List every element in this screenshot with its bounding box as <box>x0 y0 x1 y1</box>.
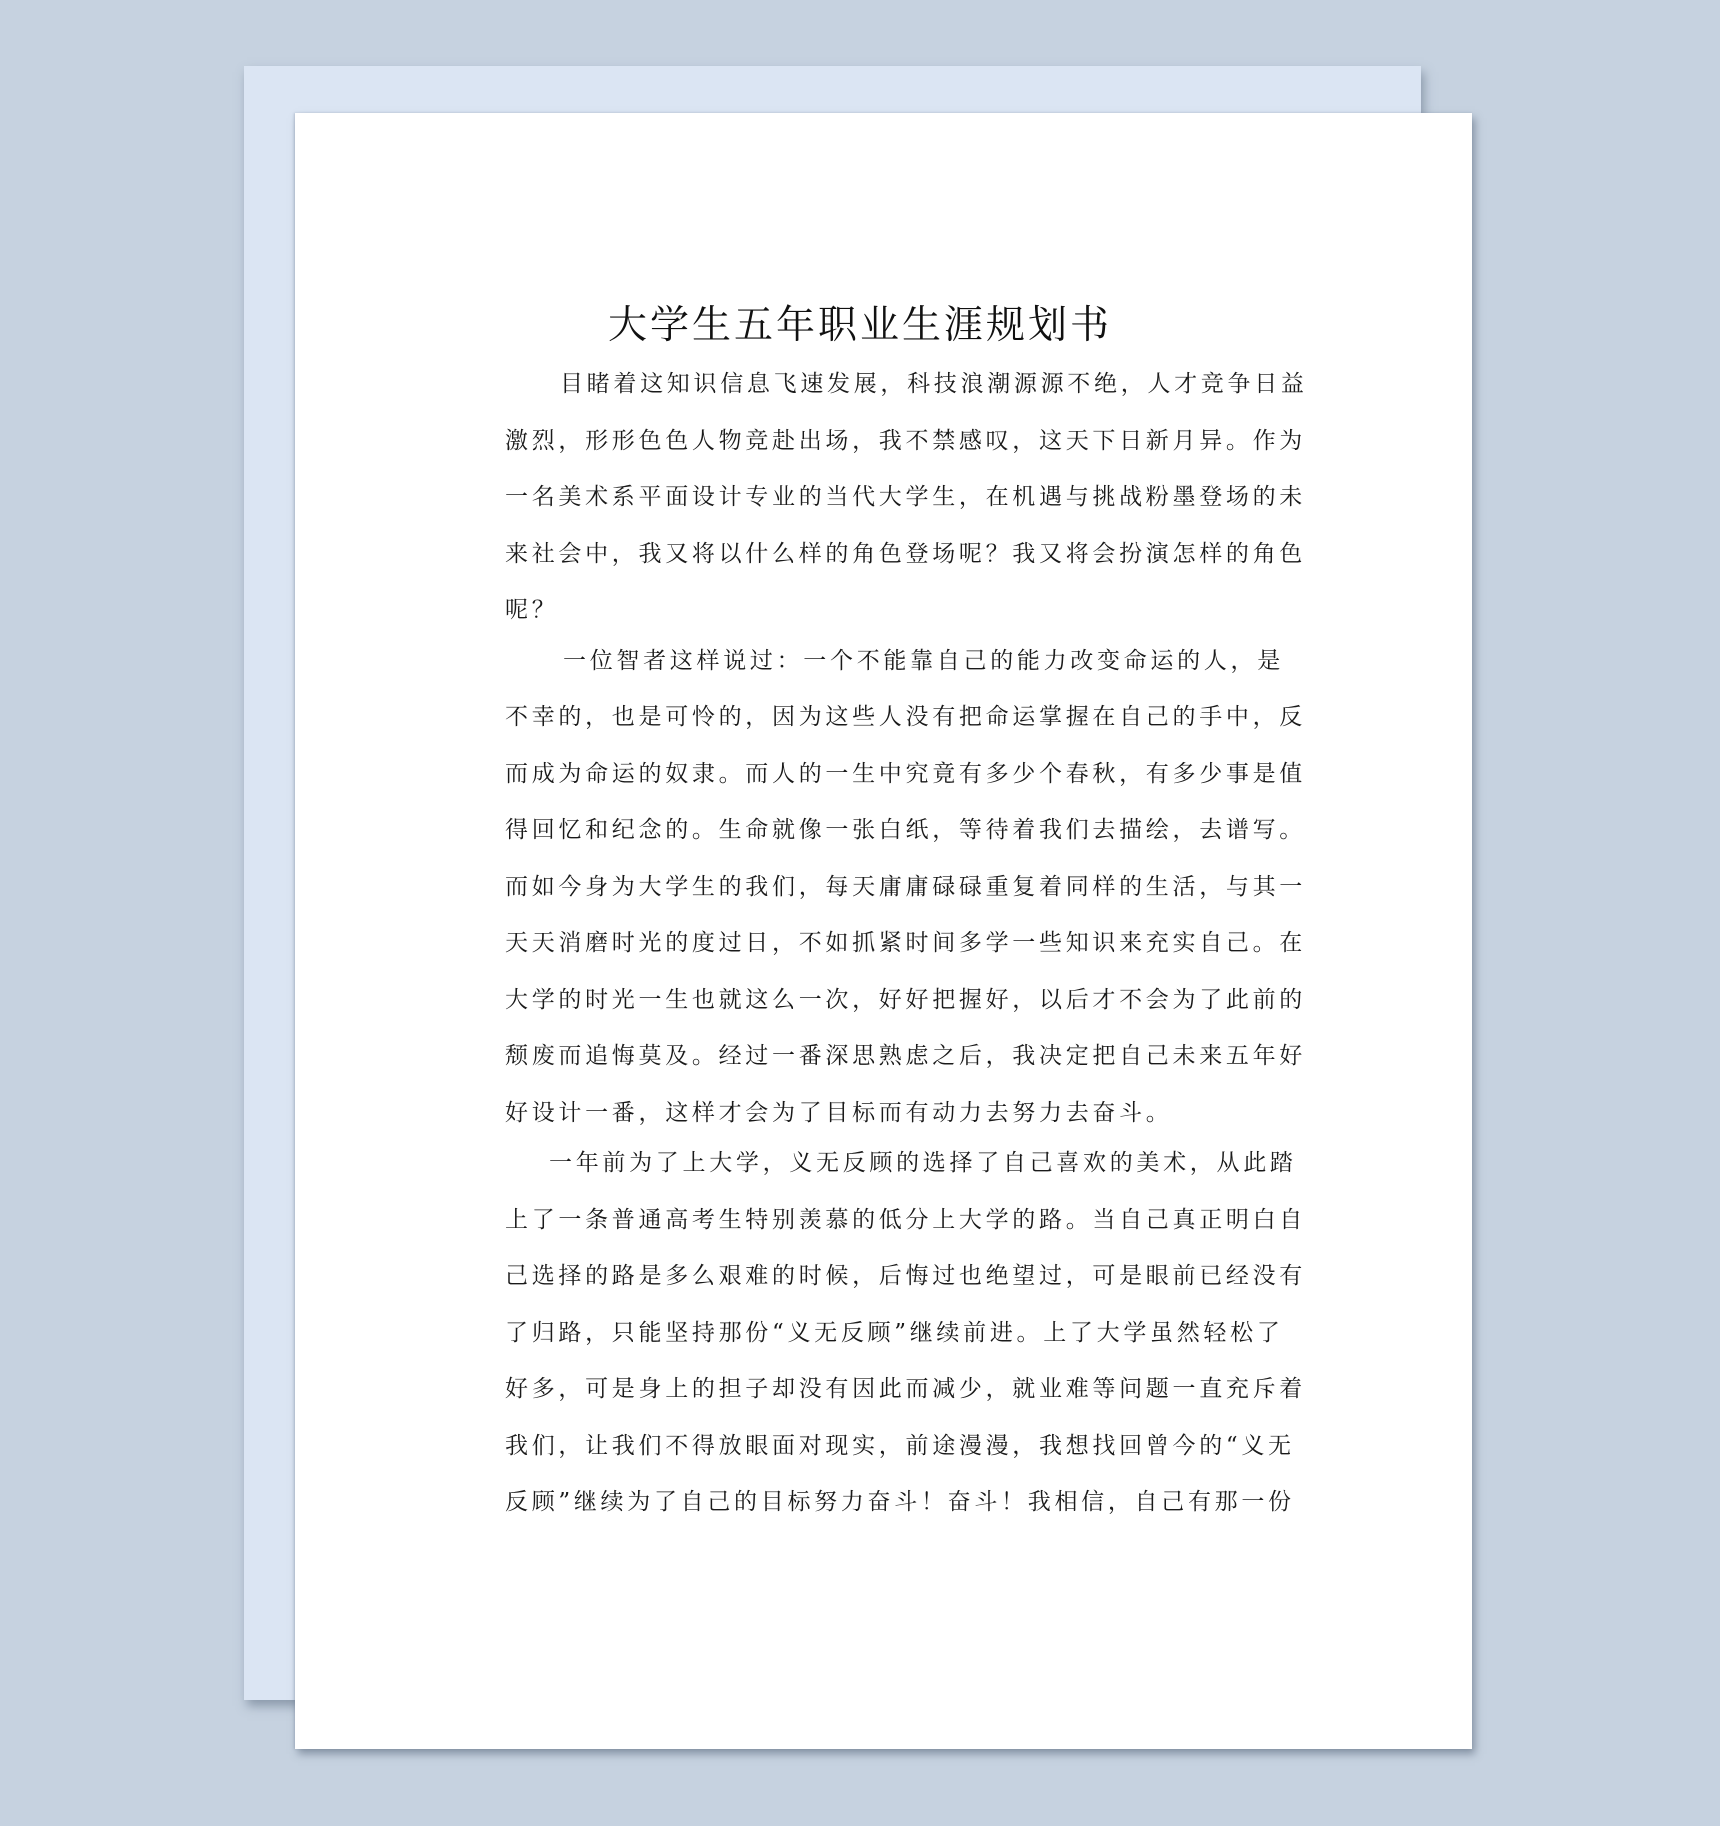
text-line: 我们，让我们不得放眼面对现实，前途漫漫，我想找回曾今的“义无 <box>505 1418 1258 1475</box>
text-line: 而如今身为大学生的我们，每天庸庸碌碌重复着同样的生活，与其一 <box>505 859 1258 916</box>
text-line: 好设计一番，这样才会为了目标而有动力去努力去奋斗。 <box>505 1085 1258 1142</box>
paragraph-2: 一位智者这样说过：一个不能靠自己的能力改变命运的人，是 不幸的，也是可怜的，因为… <box>505 633 1258 1142</box>
text-line: 目睹着这知识信息飞速发展，科技浪潮源源不绝，人才竞争日益 <box>505 356 1258 413</box>
text-line: 颓废而追悔莫及。经过一番深思熟虑之后，我决定把自己未来五年好 <box>505 1028 1258 1085</box>
document-title: 大学生五年职业生涯规划书 <box>0 298 1720 354</box>
paragraph-3: 一年前为了上大学，义无反顾的选择了自己喜欢的美术，从此踏 上了一条普通高考生特别… <box>505 1135 1258 1531</box>
document-body: 目睹着这知识信息飞速发展，科技浪潮源源不绝，人才竞争日益 激烈，形形色色人物竞赴… <box>505 356 1258 1531</box>
text-line: 好多，可是身上的担子却没有因此而减少，就业难等问题一直充斥着 <box>505 1361 1258 1418</box>
text-line: 大学的时光一生也就这么一次，好好把握好，以后才不会为了此前的 <box>505 972 1258 1029</box>
text-line: 上了一条普通高考生特别羡慕的低分上大学的路。当自己真正明白自 <box>505 1192 1258 1249</box>
text-line: 己选择的路是多么艰难的时候，后悔过也绝望过，可是眼前已经没有 <box>505 1248 1258 1305</box>
text-line: 来社会中，我又将以什么样的角色登场呢？我又将会扮演怎样的角色 <box>505 526 1258 583</box>
text-line: 一位智者这样说过：一个不能靠自己的能力改变命运的人，是 <box>505 633 1258 690</box>
text-line: 而成为命运的奴隶。而人的一生中究竟有多少个春秋，有多少事是值 <box>505 746 1258 803</box>
text-line: 一名美术系平面设计专业的当代大学生，在机遇与挑战粉墨登场的未 <box>505 469 1258 526</box>
text-line: 了归路，只能坚持那份“义无反顾”继续前进。上了大学虽然轻松了 <box>505 1305 1258 1362</box>
text-line: 得回忆和纪念的。生命就像一张白纸，等待着我们去描绘，去谱写。 <box>505 802 1258 859</box>
text-line: 呢？ <box>505 582 1258 639</box>
text-line: 一年前为了上大学，义无反顾的选择了自己喜欢的美术，从此踏 <box>505 1135 1258 1192</box>
text-line: 反顾”继续为了自己的目标努力奋斗！奋斗！我相信，自己有那一份 <box>505 1474 1258 1531</box>
text-line: 天天消磨时光的度过日，不如抓紧时间多学一些知识来充实自己。在 <box>505 915 1258 972</box>
text-line: 激烈，形形色色人物竞赴出场，我不禁感叹，这天下日新月异。作为 <box>505 413 1258 470</box>
paragraph-1: 目睹着这知识信息飞速发展，科技浪潮源源不绝，人才竞争日益 激烈，形形色色人物竞赴… <box>505 356 1258 639</box>
text-line: 不幸的，也是可怜的，因为这些人没有把命运掌握在自己的手中，反 <box>505 689 1258 746</box>
